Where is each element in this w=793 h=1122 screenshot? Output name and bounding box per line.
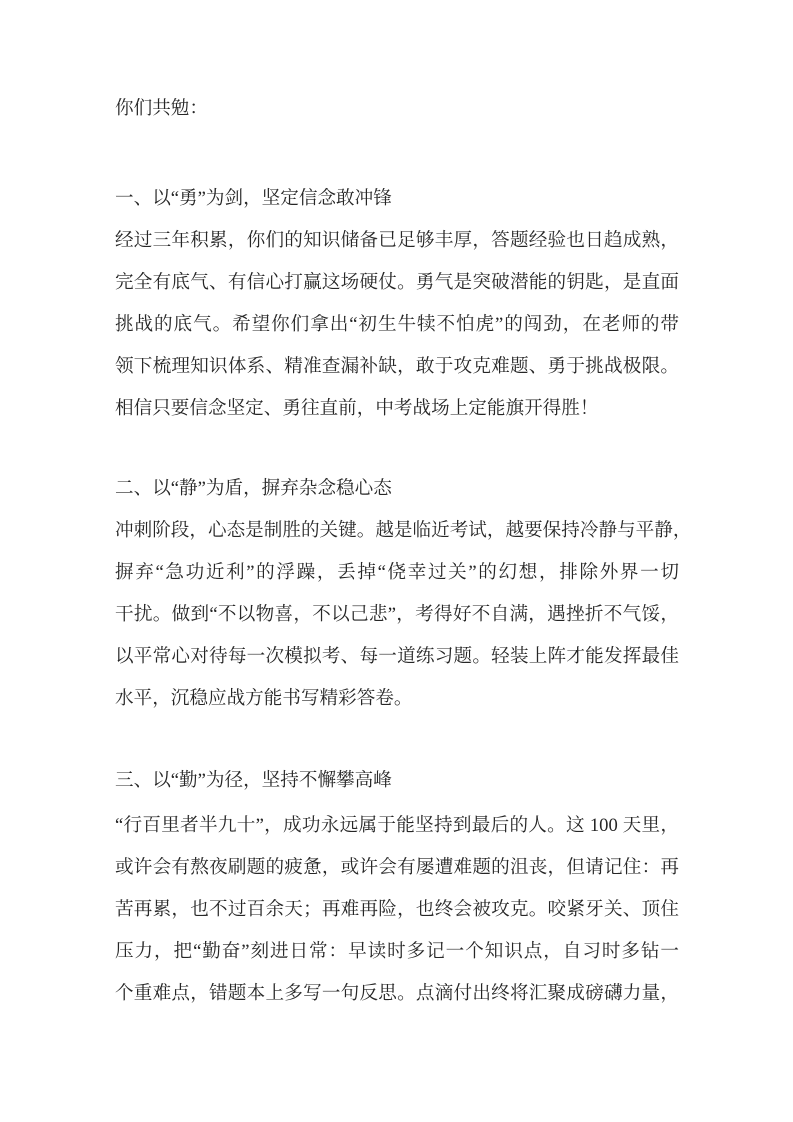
document-page: 你们共勉： 一、以“勇”为剑，坚定信念敢冲锋 经过三年积累，你们的知识储备已足够… <box>0 0 793 1122</box>
paragraph-line: 相信只要信念坚定、勇往直前，中考战场上定能旗开得胜！ <box>115 388 679 430</box>
paragraph-line: 摒弃“急功近利”的浮躁，丢掉“侥幸过关”的幻想，排除外界一切 <box>115 552 679 594</box>
paragraph-line: 个重难点，错题本上多写一句反思。点滴付出终将汇聚成磅礴力量， <box>115 973 679 1015</box>
paragraph-line: 完全有底气、有信心打赢这场硬仗。勇气是突破潜能的钥匙，是直面 <box>115 262 679 304</box>
section-3-heading: 三、以“勤”为径，坚持不懈攀高峰 <box>115 760 679 802</box>
section-1-paragraph: 经过三年积累，你们的知识储备已足够丰厚，答题经验也日趋成熟， 完全有底气、有信心… <box>115 220 679 430</box>
section-2-paragraph: 冲刺阶段，心态是制胜的关键。越是临近考试，越要保持冷静与平静， 摒弃“急功近利”… <box>115 510 679 720</box>
paragraph-line: 冲刺阶段，心态是制胜的关键。越是临近考试，越要保持冷静与平静， <box>115 510 679 552</box>
paragraph-line: 水平，沉稳应战方能书写精彩答卷。 <box>115 678 679 720</box>
section-2-heading: 二、以“静”为盾，摒弃杂念稳心态 <box>115 468 679 510</box>
paragraph-line: 干扰。做到“不以物喜，不以己悲”，考得好不自满，遇挫折不气馁， <box>115 594 679 636</box>
paragraph-line: 苦再累，也不过百余天；再难再险，也终会被攻克。咬紧牙关、顶住 <box>115 889 679 931</box>
paragraph-line: 挑战的底气。希望你们拿出“初生牛犊不怕虎”的闯劲，在老师的带 <box>115 304 679 346</box>
section-3-paragraph: “行百里者半九十”，成功永远属于能坚持到最后的人。这 100 天里， 或许会有熬… <box>115 805 679 1015</box>
section-1-heading: 一、以“勇”为剑，坚定信念敢冲锋 <box>115 178 679 220</box>
paragraph-line: 以平常心对待每一次模拟考、每一道练习题。轻装上阵才能发挥最佳 <box>115 636 679 678</box>
paragraph-line: “行百里者半九十”，成功永远属于能坚持到最后的人。这 100 天里， <box>115 805 679 847</box>
paragraph-line: 领下梳理知识体系、精准查漏补缺，敢于攻克难题、勇于挑战极限。 <box>115 346 679 388</box>
paragraph-line: 经过三年积累，你们的知识储备已足够丰厚，答题经验也日趋成熟， <box>115 220 679 262</box>
paragraph-line: 压力，把“勤奋”刻进日常：早读时多记一个知识点，自习时多钻一 <box>115 931 679 973</box>
greeting-line: 你们共勉： <box>115 88 679 130</box>
paragraph-line: 或许会有熬夜刷题的疲惫，或许会有屡遭难题的沮丧，但请记住：再 <box>115 847 679 889</box>
